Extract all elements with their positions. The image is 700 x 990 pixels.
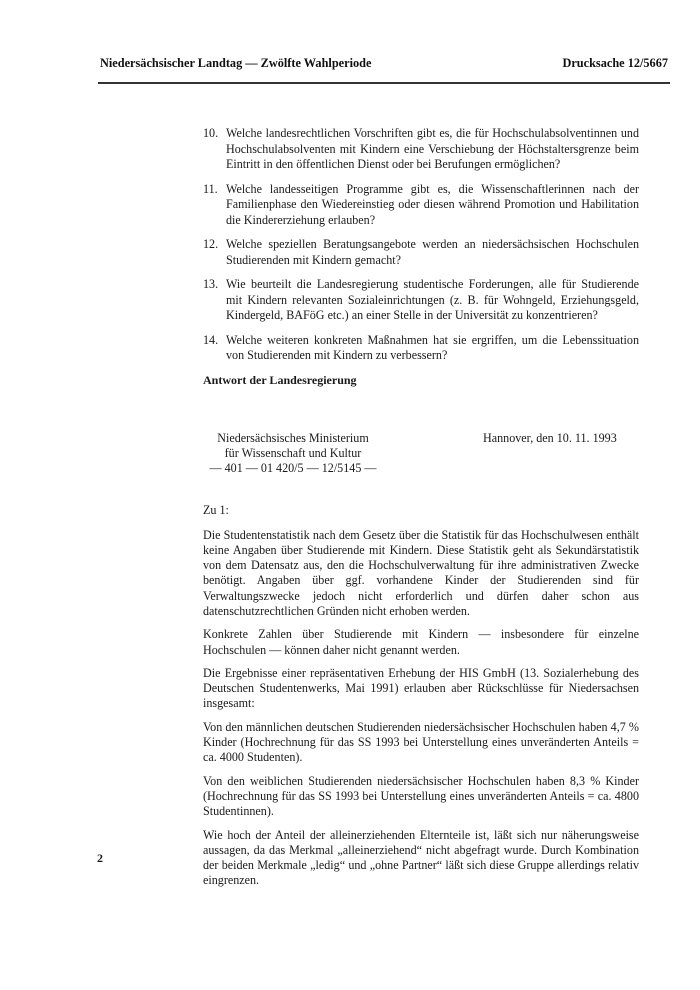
question-text: Wie beurteilt die Landesregierung studen… (226, 277, 639, 322)
question-list: 10. Welche landesrechtlichen Vorschrifte… (203, 126, 639, 373)
paragraph: Konkrete Zahlen über Studierende mit Kin… (203, 627, 639, 658)
answer-heading: Antwort der Landesregierung (203, 373, 357, 388)
answer-section-label: Zu 1: (203, 503, 639, 519)
question-number: 12. (203, 237, 218, 253)
header-title: Niedersächsischer Landtag — Zwölfte Wahl… (100, 56, 371, 71)
question-number: 11. (203, 182, 218, 198)
question-text: Welche landesseitigen Programme gibt es,… (226, 182, 639, 227)
place-date: Hannover, den 10. 11. 1993 (483, 431, 617, 446)
ministry-department: für Wissenschaft und Kultur (203, 446, 383, 461)
running-header: Niedersächsischer Landtag — Zwölfte Wahl… (98, 56, 670, 76)
ministry-block: Niedersächsisches Ministerium für Wissen… (203, 431, 383, 476)
question-item: 10. Welche landesrechtlichen Vorschrifte… (203, 126, 639, 173)
question-item: 11. Welche landesseitigen Programme gibt… (203, 182, 639, 229)
question-item: 13. Wie beurteilt die Landesregierung st… (203, 277, 639, 324)
paragraph: Von den weiblichen Studierenden niedersä… (203, 774, 639, 820)
answer-body: Zu 1: Die Studentenstatistik nach dem Ge… (203, 503, 639, 897)
page-number: 2 (97, 851, 103, 866)
question-item: 12. Welche speziellen Beratungsangebote … (203, 237, 639, 268)
question-text: Welche speziellen Beratungsangebote werd… (226, 237, 639, 267)
question-item: 14. Welche weiteren konkreten Maßnahmen … (203, 333, 639, 364)
header-rule (98, 82, 670, 84)
reference-number: — 401 — 01 420/5 — 12/5145 — (203, 461, 383, 476)
paragraph: Die Studentenstatistik nach dem Gesetz ü… (203, 528, 639, 620)
paragraph: Die Ergebnisse einer repräsentativen Erh… (203, 666, 639, 712)
ministry-name: Niedersächsisches Ministerium (203, 431, 383, 446)
document-number: Drucksache 12/5667 (562, 56, 668, 71)
question-text: Welche landesrechtlichen Vorschriften gi… (226, 126, 639, 171)
question-text: Welche weiteren konkreten Maßnahmen hat … (226, 333, 639, 363)
question-number: 14. (203, 333, 218, 349)
question-number: 13. (203, 277, 218, 293)
question-number: 10. (203, 126, 218, 142)
paragraph: Von den männlichen deutschen Studierende… (203, 720, 639, 766)
paragraph: Wie hoch der Anteil der alleinerziehende… (203, 828, 639, 889)
